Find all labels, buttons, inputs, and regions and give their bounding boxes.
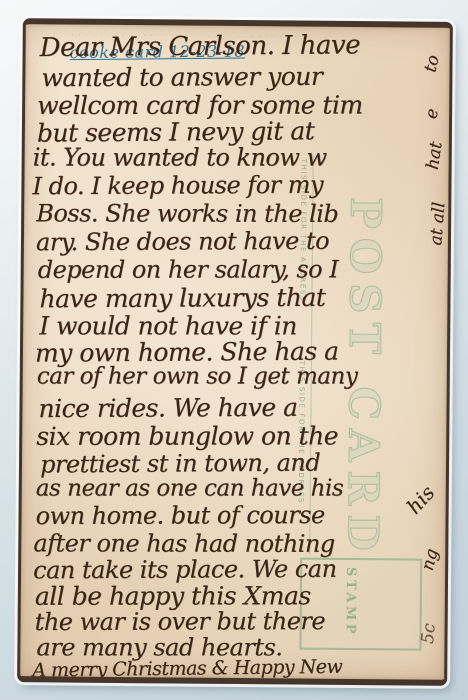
message-line: I would not have if in <box>39 311 297 340</box>
message-line: nice rides. We have a <box>38 393 297 423</box>
message-line: it. You wanted to know w <box>33 144 327 172</box>
margin-word: hat <box>423 140 447 171</box>
message-line: after one has had nothing <box>33 529 334 558</box>
message-line: can take its place. We can <box>33 555 337 585</box>
message-line: I do. I keep house for my <box>32 171 323 201</box>
post-card-printed-title: POST CARD <box>338 197 391 493</box>
message-line: depend on her salary, so I <box>38 255 339 284</box>
message-line: Boss. She works in the lib <box>36 199 338 228</box>
message-line: ary. She does not have to <box>36 227 329 257</box>
margin-word: his <box>402 481 440 519</box>
message-line: wanted to answer your <box>41 62 322 92</box>
message-line: car of her own so I get many <box>37 364 358 390</box>
postcard-back: · · · · · · · · · · · · · · · · · · · · … <box>17 18 453 686</box>
message-line: six room bunglow on the <box>36 421 338 451</box>
margin-word: to <box>420 53 443 74</box>
message-line: A merry Christmas & Happy New <box>32 656 342 682</box>
message-line: as near as one can have his <box>36 476 343 502</box>
message-line: the war is over but there <box>35 607 326 636</box>
message-line: Dear Mrs Carlson. I have <box>40 30 361 63</box>
margin-word: 5c <box>418 623 440 645</box>
margin-word: at all <box>426 201 449 246</box>
message-line: have many luxurys that <box>39 283 325 313</box>
margin-word: ng <box>418 547 443 573</box>
stamp-box-label: STAMP <box>342 567 359 639</box>
margin-word: e <box>421 107 442 121</box>
message-line: prettiest st in town, and <box>40 449 320 479</box>
scanned-postcard-photo: · · · · · · · · · · · · · · · · · · · · … <box>0 0 468 700</box>
message-line: own home. but of course <box>36 501 325 530</box>
